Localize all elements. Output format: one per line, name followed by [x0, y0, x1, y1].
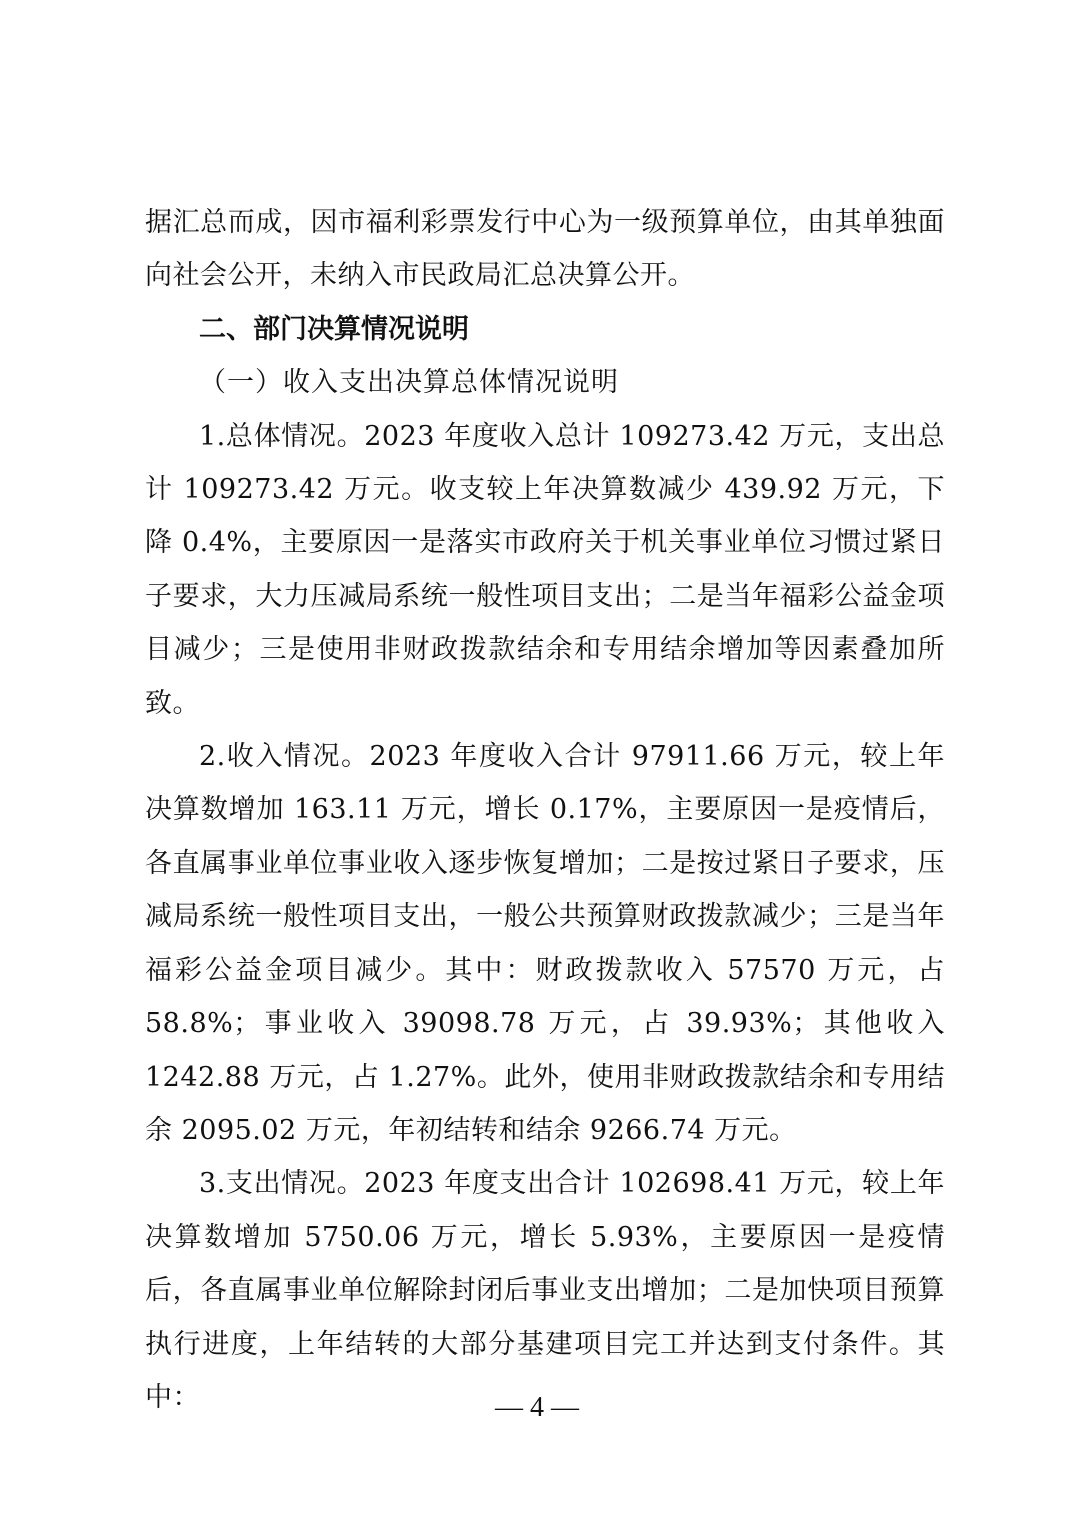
document-page: 据汇总而成，因市福利彩票发行中心为一级预算单位，由其单独面向社会公开，未纳入市民…: [0, 0, 1074, 1520]
section-heading: 二、部门决算情况说明: [145, 303, 945, 356]
continuation-paragraph: 据汇总而成，因市福利彩票发行中心为一级预算单位，由其单独面向社会公开，未纳入市民…: [145, 196, 945, 303]
paragraph-income: 2.收入情况。2023 年度收入合计 97911.66 万元，较上年决算数增加 …: [145, 730, 945, 1157]
document-body: 据汇总而成，因市福利彩票发行中心为一级预算单位，由其单独面向社会公开，未纳入市民…: [145, 196, 945, 1424]
page-number: — 4 —: [0, 1392, 1074, 1424]
paragraph-expenditure: 3.支出情况。2023 年度支出合计 102698.41 万元，较上年决算数增加…: [145, 1157, 945, 1424]
paragraph-overall: 1.总体情况。2023 年度收入总计 109273.42 万元，支出总计 109…: [145, 410, 945, 730]
subsection-heading: （一）收入支出决算总体情况说明: [145, 356, 945, 409]
